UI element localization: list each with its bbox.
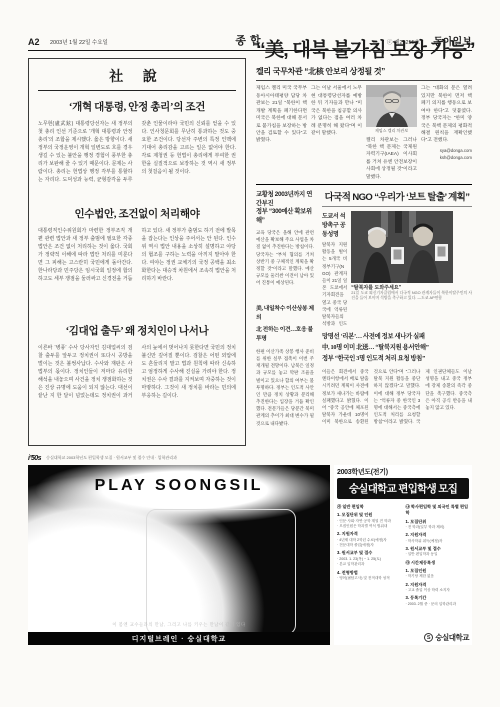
ad-spotlight-panel: PLAY SOONGSIL 이 봄엔 교수들과의 만남, 그리고 나를 키우는 … [28,465,330,645]
mid-left-headline-2: 정부 “300예산 확보위해” [256,208,314,225]
lead-article: “美, 대북 불가침 보장 가능” 켈리 국무차관 “北核 안보리 상정될 것”… [256,40,472,185]
ad-recruit-line: ㉮ 일반 편입학 [337,504,401,510]
editorial-headline: 인수법안, 조건없이 처리해야 [38,206,236,221]
ad-play-title: PLAY SOONGSIL [28,477,330,495]
mid-left-body-1: 교육 당국은 올해 안에 관련 예산을 확보해 주요 사업을 차질 없이 추진한… [256,229,314,301]
ngo-top-row: 도쿄서 석방촉구 공동성명 탈북자 지원활동을 벌이는 5개국 비정부기구(NG… [322,211,472,327]
lead-body-col2: 그는 이날 서울에서 노무현 대통령당선자를 예방한 뒤 기자들과 만나 “미국… [311,85,362,185]
ad-recruit-line: · 전 학과(일부 학과 제외) [406,525,470,530]
editorial-body: 이른바 ‘병풍’ 수사 당사자인 김대업씨의 검찰 출두를 앞두고 정치권이 또… [38,344,236,448]
editorial-article: ‘개혁 대통령, 안정 총리’의 조건 노무현(盧武鉉) 대통령당선자는 새 정… [38,99,236,198]
ngo-photo-caption: “탈북자를 도와주세요” [351,284,472,291]
kelly-portrait-photo [366,85,417,127]
lead-body-col4: 그는 “대화의 문은 열려 있지만 북한이 먼저 핵 폐기 의지를 행동으로 보… [421,85,472,185]
editorial-article: 인수법안, 조건없이 처리해야 대통령직인수위원회가 마련한 정부조직 개편 관… [38,206,236,315]
mid-left-body-2: 한편 이산가족 상봉 행사 준비를 위한 실무 접촉이 이번 주 재개될 전망이… [256,348,314,466]
ad-recruit-line: · 본교 입학관리과 [337,562,401,567]
ad-recruit-line: · 전문대학 졸업(예정)자 [337,543,401,548]
ad-recruit-line: ㉯ 학사편입학 및 외국인 특별 편입학 [406,504,470,517]
press-conference-photo-icon [351,211,453,283]
ngo-subhead: 망명선 ‘리본’… 사전에 정보 새나가 실패 [322,331,472,342]
editorial-article-list: ‘개혁 대통령, 안정 총리’의 조건 노무현(盧武鉉) 대통령당선자는 새 정… [38,99,236,448]
ngo-kicker: 도쿄서 석방촉구 공동성명 [322,211,347,238]
ad-recruit-line: · 학사학위 취득(예정)자 [406,539,470,544]
ad-recruit-line: · 영어(필답고사) 및 전적대학 성적 [337,576,401,581]
lead-body-col3: 제임스 켈리 차관보 켈리 차관보는 그러나 “북한 핵 문제는 국제원자력기구… [366,85,417,185]
editorial-article: ‘김대업 출두’ 왜 정치인이 나서나 이른바 ‘병풍’ 수사 당사자인 김대업… [38,323,236,448]
lead-headline: “美, 대북 불가침 보장 가능” [256,40,472,61]
ad-footer-text: 디지털브레인 · 숭실대학교 [132,634,227,644]
reporter-email: ksh@donga.com [421,155,472,162]
editorial-box: 社 說 ‘개혁 대통령, 안정 총리’의 조건 노무현(盧武鉉) 대통령당선자는… [28,58,246,446]
ngo-photo-column: “탈북자를 도와주세요” 21일 도쿄 외신기자클럽에서 다국적 NGO 관계자… [351,211,472,327]
editorial-body: 대통령직인수위원회가 마련한 정부조직 개편 관련 법안과 새 정부 출범에 필… [38,227,236,315]
ad-agency-logo: i’50s [28,455,41,462]
ad-recruit-line: · 학기당 제한 없음 [406,574,470,579]
ad-recruit-details: ㉮ 일반 편입학1. 모집단위 및 인원· 인문·사회·자연·공학 계열 전 학… [337,502,469,634]
editorial-section-title: 社 說 [38,66,236,91]
mid-left-subhead-2: 北 전하는 이견…호응 불투명 [256,326,314,343]
lead-body-col1: 제임스 켈리 미국 국무부 동아시아태평양 담당 차관보는 21일 “북한이 핵… [256,85,307,185]
page-number: A2 [28,37,40,47]
editorial-headline: ‘김대업 출두’ 왜 정치인이 나서나 [38,323,236,338]
ngo-article: 다국적 NGO “우리가 ‘보트 탈출’ 계획” 도쿄서 석방촉구 공동성명 탈… [322,189,472,475]
kelly-photo-caption: 제임스 켈리 차관보 [366,128,417,134]
university-emblem-icon: S [424,633,433,642]
lead-body-col3-text: 켈리 차관보는 그러나 “북한 핵 문제는 국제원자력기구(IAEA) 이사회를… [366,137,417,182]
ngo-headline-rule [322,206,472,207]
ad-recruit-line: ㉰ 시간제등록생 [406,560,470,566]
lead-subhead: 켈리 국무차관 “北核 안보리 상정될 것” [256,66,472,81]
mid-left-headline-1: 교황청 2003년까지 연간부진 [256,191,314,208]
ngo-subhead: 中, 10명 이미 北送… “탈북지원 용서안해” [322,342,472,353]
ad-tagline: 이 봄엔 교수들과의 만남, 그리고 나를 키우는 만남이 같이 있다 [28,622,330,628]
ad-top-strip: i’50s 숭실대학교 2003학년도 편입학생 모집 · 원서교부 및 접수 … [28,452,472,464]
reporter-email-list: sya@donga.comksh@donga.com [421,148,472,162]
lead-body: 제임스 켈리 미국 국무부 동아시아태평양 담당 차관보는 21일 “북한이 핵… [256,85,472,185]
ngo-headline: 다국적 NGO “우리가 ‘보트 탈출’ 계획” [322,189,472,203]
ngo-subhead-list: 망명선 ‘리본’… 사전에 정보 새나가 실패中, 10명 이미 北送… “탈북… [322,331,472,364]
page-date: 2003년 1월 22일 수요일 [50,38,108,46]
ad-recruit-line: · 고교 졸업 이상 학력 소지자 [406,588,470,593]
ngo-kicker-body: 탈북자 지원활동을 벌이는 5개국 비정부기구(NGO) 관계자들이 21일 일… [322,241,347,327]
ngo-press-photo [351,211,453,283]
university-logo: S 숭실대학교 [424,632,469,643]
ad-rounded-frame [146,509,296,635]
mid-left-subhead-1: 美, 내일착수 이산상봉 제의 [256,305,314,322]
ad-footer-bar: 디지털브레인 · 숭실대학교 [28,632,330,645]
portrait-photo-icon [366,85,417,127]
ad-recruit-col2: ㉯ 학사편입학 및 외국인 특별 편입학1. 모집단위· 전 학과(일부 학과 … [406,502,470,634]
ngo-subhead: 정부 “한국인 3명 인도적 처리 요청 방침” [322,353,472,364]
editorial-headline: ‘개혁 대통령, 안정 총리’의 조건 [38,99,236,114]
newspaper-page: A2 2003년 1월 22일 수요일 종합 ⓒ 제25255호 동아일보 社 … [0,0,500,707]
ad-top-note: 숭실대학교 2003학년도 편입학생 모집 · 원서교부 및 접수 안내 · 입… [46,455,177,461]
university-name: 숭실대학교 [435,632,469,643]
ad-recruit-line: · 모집인원은 학과별 여석 범위내 [337,524,401,529]
reporter-email: sya@donga.com [421,148,472,155]
ngo-kicker-column: 도쿄서 석방촉구 공동성명 탈북자 지원활동을 벌이는 5개국 비정부기구(NG… [322,211,347,327]
ad-recruit-col1: ㉮ 일반 편입학1. 모집단위 및 인원· 인문·사회·자연·공학 계열 전 학… [337,502,401,634]
ad-recruit-line: · 2003. 2월 중 · 문의 입학관리과 [406,602,470,607]
lead-body-col4-text: 그는 “대화의 문은 열려 있지만 북한이 먼저 핵 폐기 의지를 행동으로 보… [421,86,472,143]
editorial-body: 노무현(盧武鉉) 대통령당선자는 새 정부의 첫 총리 인선 기준으로 ‘개혁 … [38,120,236,198]
soongsil-advertisement: i’50s 숭실대학교 2003학년도 편입학생 모집 · 원서교부 및 접수 … [28,452,472,645]
middle-band: 교황청 2003년까지 연간부진 정부 “300예산 확보위해” 교육 당국은 … [256,184,472,446]
ad-recruit-year: 2003학년도(전기) [337,467,469,477]
ad-recruit-title: 숭실대학교 편입학생 모집 [337,478,469,499]
ngo-photo-caption-detail: 21일 도쿄 외신기자클럽에서 다국적 NGO 관계자들이 북한이탈주민의 사진… [351,291,472,302]
ad-recruit-panel: 2003학년도(전기) 숭실대학교 편입학생 모집 ㉮ 일반 편입학1. 모집단… [334,465,472,645]
ad-recruit-line: · 일반 편입학과 동일 [406,552,470,557]
mid-left-article: 교황청 2003년까지 연간부진 정부 “300예산 확보위해” 교육 당국은 … [256,191,314,474]
